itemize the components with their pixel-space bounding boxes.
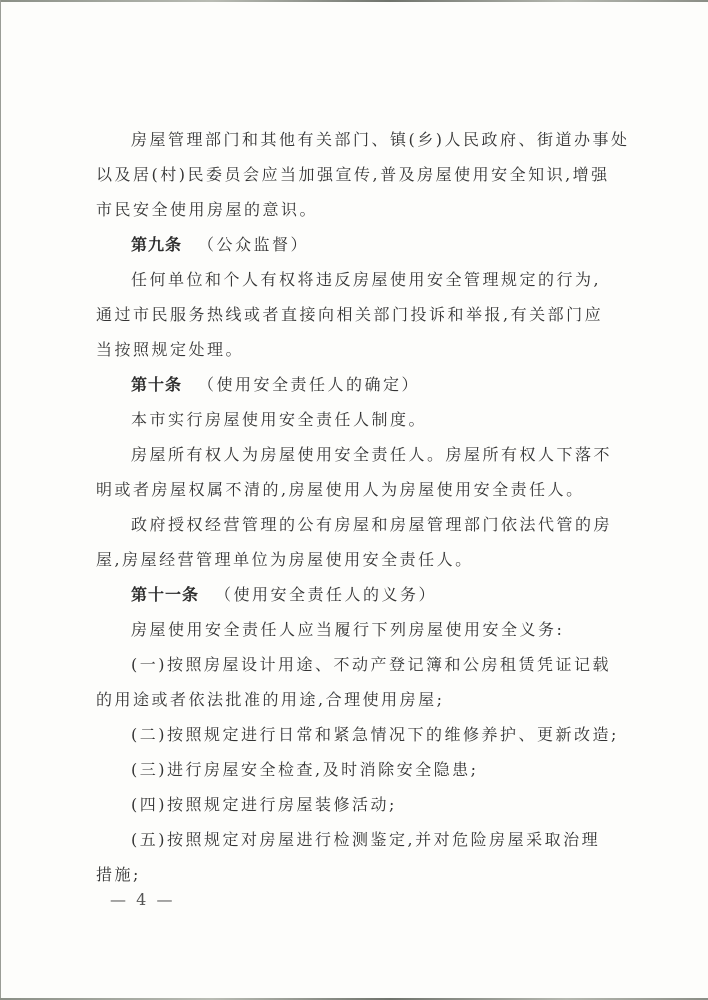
text-line: (三)进行房屋安全检查,及时消除安全隐患; [96, 752, 626, 787]
article-heading-10: 第十条（使用安全责任人的确定） [96, 367, 626, 402]
text-line: 政府授权经营管理的公有房屋和房屋管理部门依法代管的房 [96, 507, 626, 542]
obligation-item-4: (四)按照规定进行房屋装修活动; [96, 787, 626, 822]
article-heading-11: 第十一条（使用安全责任人的义务） [96, 577, 626, 612]
text-line: (二)按照规定进行日常和紧急情况下的维修养护、更新改造; [96, 717, 626, 752]
text-line: 明或者房屋权属不清的,房屋使用人为房屋使用安全责任人。 [96, 472, 626, 507]
page-number: — 4 — [110, 888, 173, 912]
scan-edge-top [0, 0, 708, 2]
article-heading-9: 第九条（公众监督） [96, 227, 626, 262]
text-line: 通过市民服务热线或者直接向相关部门投诉和举报,有关部门应 [96, 297, 626, 332]
text-line: 屋,房屋经营管理单位为房屋使用安全责任人。 [96, 542, 626, 577]
text-line: (四)按照规定进行房屋装修活动; [96, 787, 626, 822]
paragraph-responsibility-system: 本市实行房屋使用安全责任人制度。 [96, 402, 626, 437]
text-line: 本市实行房屋使用安全责任人制度。 [96, 402, 626, 437]
text-line: 房屋所有权人为房屋使用安全责任人。房屋所有权人下落不 [96, 437, 626, 472]
obligation-item-3: (三)进行房屋安全检查,及时消除安全隐患; [96, 752, 626, 787]
article-number: 第十条 [131, 375, 182, 394]
article-subtitle: （使用安全责任人的确定） [198, 375, 420, 394]
paragraph-public-housing: 政府授权经营管理的公有房屋和房屋管理部门依法代管的房 屋,房屋经营管理单位为房屋… [96, 507, 626, 577]
text-line: (五)按照规定对房屋进行检测鉴定,并对危险房屋采取治理 [96, 822, 626, 857]
article-subtitle: （使用安全责任人的义务） [215, 585, 437, 604]
paragraph-publicity: 房屋管理部门和其他有关部门、镇(乡)人民政府、街道办事处 以及居(村)民委员会应… [96, 122, 626, 227]
document-body: 房屋管理部门和其他有关部门、镇(乡)人民政府、街道办事处 以及居(村)民委员会应… [96, 122, 626, 892]
text-line: 措施; [96, 857, 626, 892]
text-line: 市民安全使用房屋的意识。 [96, 192, 626, 227]
text-line: 以及居(村)民委员会应当加强宣传,普及房屋使用安全知识,增强 [96, 157, 626, 192]
text-line: 当按照规定处理。 [96, 332, 626, 367]
paragraph-owner-responsibility: 房屋所有权人为房屋使用安全责任人。房屋所有权人下落不 明或者房屋权属不清的,房屋… [96, 437, 626, 507]
text-line: (一)按照房屋设计用途、不动产登记簿和公房租赁凭证记载 [96, 647, 626, 682]
article-number: 第九条 [131, 235, 182, 254]
article-subtitle: （公众监督） [198, 235, 309, 254]
article-number: 第十一条 [131, 585, 199, 604]
text-line: 的用途或者依法批准的用途,合理使用房屋; [96, 682, 626, 717]
text-line: 房屋管理部门和其他有关部门、镇(乡)人民政府、街道办事处 [96, 122, 626, 157]
obligation-item-5: (五)按照规定对房屋进行检测鉴定,并对危险房屋采取治理 措施; [96, 822, 626, 892]
scan-edge-left [0, 0, 1, 1000]
paragraph-obligations-intro: 房屋使用安全责任人应当履行下列房屋使用安全义务: [96, 612, 626, 647]
obligation-item-1: (一)按照房屋设计用途、不动产登记簿和公房租赁凭证记载 的用途或者依法批准的用途… [96, 647, 626, 717]
obligation-item-2: (二)按照规定进行日常和紧急情况下的维修养护、更新改造; [96, 717, 626, 752]
text-line: 房屋使用安全责任人应当履行下列房屋使用安全义务: [96, 612, 626, 647]
paragraph-public-supervision: 任何单位和个人有权将违反房屋使用安全管理规定的行为, 通过市民服务热线或者直接向… [96, 262, 626, 367]
text-line: 任何单位和个人有权将违反房屋使用安全管理规定的行为, [96, 262, 626, 297]
